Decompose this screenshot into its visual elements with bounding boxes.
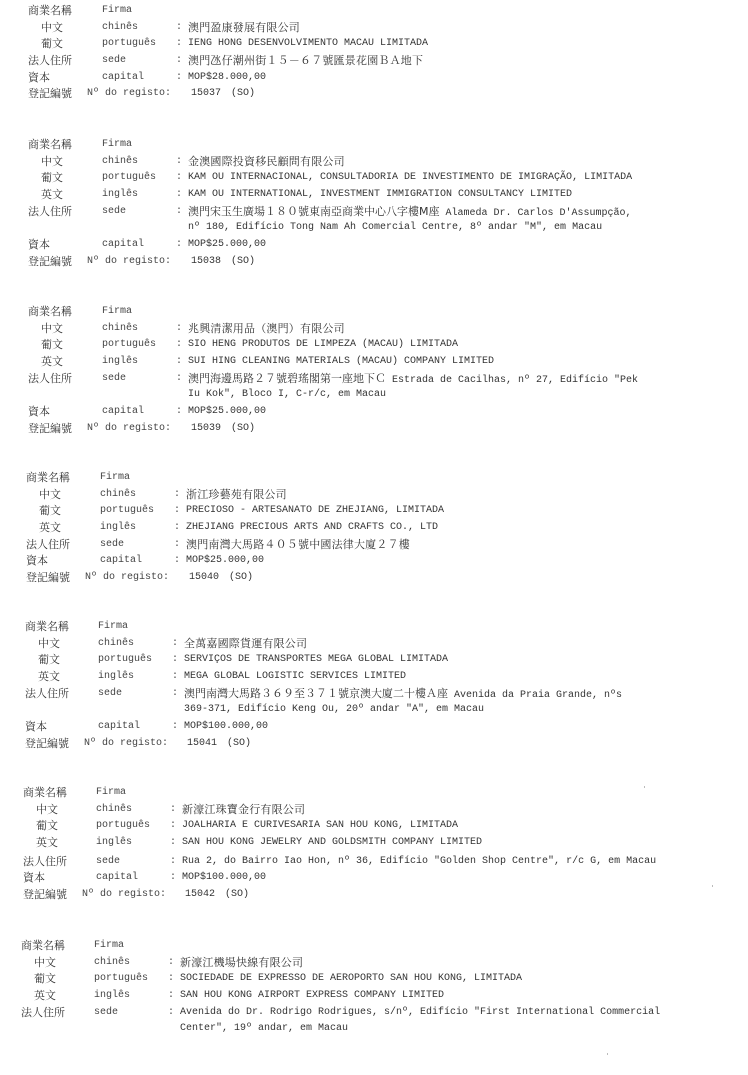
registo-row: 登記編號 Nº do registo: 15040 (SO) xyxy=(0,570,748,587)
firma-label-pt: Firma xyxy=(102,137,132,154)
colon: : xyxy=(172,719,178,736)
ingles-label-pt: inglês xyxy=(96,835,132,852)
sede-continuation-row: Iu Kok", Bloco I, C-r/c, em Macau xyxy=(0,387,748,404)
colon: : xyxy=(172,686,178,703)
colon: : xyxy=(174,553,180,570)
portuguese-name-value: KAM OU INTERNACIONAL, CONSULTADORIA DE I… xyxy=(188,170,632,187)
portugues-row: 葡文 português : IENG HONG DESENVOLVIMENTO… xyxy=(0,36,748,53)
sede-value: 澳門南灣大馬路４０５號中國法律大廈２７樓 xyxy=(186,537,410,554)
registo-suffix: (SO) xyxy=(231,86,255,103)
sede-row: 法人住所 sede : 澳門氹仔潮州街１５－６７號匯景花園ＢＡ地下 xyxy=(0,53,748,70)
ingles-label-zh: 英文 xyxy=(23,835,58,852)
chines-label-pt: chinês xyxy=(100,487,136,504)
colon: : xyxy=(172,669,178,686)
capital-value: MOP$25.000,00 xyxy=(188,237,266,254)
firma-row: 商業名稱 Firma xyxy=(0,938,748,955)
registo-label-pt: Nº do registo: xyxy=(87,421,171,438)
chines-label-zh: 中文 xyxy=(25,636,60,653)
colon: : xyxy=(176,170,182,187)
portuguese-name-value: SIO HENG PRODUTOS DE LIMPEZA (MACAU) LIM… xyxy=(188,337,458,354)
registo-number: 15037 xyxy=(191,86,221,103)
english-name-value: SUI HING CLEANING MATERIALS (MACAU) COMP… xyxy=(188,354,494,371)
registo-label-pt: Nº do registo: xyxy=(85,570,169,587)
portugues-label-pt: português xyxy=(102,36,156,53)
portugues-label-zh: 葡文 xyxy=(28,170,63,187)
colon: : xyxy=(168,988,174,1005)
sede-label-pt: sede xyxy=(98,686,122,703)
registo-suffix: (SO) xyxy=(227,736,251,753)
sede-label-pt: sede xyxy=(100,537,124,554)
sede-label-pt: sede xyxy=(102,53,126,70)
capital-value: MOP$28.000,00 xyxy=(188,70,266,87)
capital-row: 資本 capital : MOP$25.000,00 xyxy=(0,404,748,421)
registo-row: 登記編號 Nº do registo: 15039 (SO) xyxy=(0,421,748,438)
chines-row: 中文 chinês : 浙江珍藝苑有限公司 xyxy=(0,487,748,504)
portugues-label-pt: português xyxy=(102,337,156,354)
colon: : xyxy=(176,20,182,37)
capital-row: 資本 capital : MOP$28.000,00 xyxy=(0,70,748,87)
sede-label-pt: sede xyxy=(102,204,126,221)
sede-value-pt: Avenida da Praia Grande, nºs xyxy=(454,690,622,701)
firma-row: 商業名稱 Firma xyxy=(0,619,748,636)
capital-label-zh: 資本 xyxy=(25,719,47,736)
sede-row: 法人住所 sede : 澳門南灣大馬路３６９至３７１號京澳大廈二十樓Ａ座 Ave… xyxy=(0,686,748,703)
sede-row: 法人住所 sede : 澳門宋玉生廣場１８０號東南亞商業中心八字樓M座 Alam… xyxy=(0,204,748,221)
capital-row: 資本 capital : MOP$100.000,00 xyxy=(0,719,748,736)
colon: : xyxy=(176,321,182,338)
capital-label-zh: 資本 xyxy=(28,237,50,254)
ingles-label-zh: 英文 xyxy=(28,187,63,204)
chines-label-pt: chinês xyxy=(102,154,138,171)
scan-speck xyxy=(644,786,645,788)
capital-label-zh: 資本 xyxy=(26,553,48,570)
colon: : xyxy=(170,870,176,887)
chinese-name-value: 新濠江珠寶金行有限公司 xyxy=(182,802,305,819)
registo-row: 登記編號 Nº do registo: 15042 (SO) xyxy=(0,887,748,904)
portugues-label-zh: 葡文 xyxy=(23,818,58,835)
colon: : xyxy=(176,237,182,254)
ingles-row: 英文 inglês : SAN HOU KONG AIRPORT EXPRESS… xyxy=(0,988,748,1005)
portuguese-name-value: JOALHARIA E CURIVESARIA SAN HOU KONG, LI… xyxy=(182,818,458,835)
capital-value: MOP$25.000,00 xyxy=(188,404,266,421)
colon: : xyxy=(176,53,182,70)
ingles-label-pt: inglês xyxy=(100,520,136,537)
chines-row: 中文 chinês : 金澳國際投資移民顧問有限公司 xyxy=(0,154,748,171)
sede-value-pt: Estrada de Cacilhas, nº 27, Edifício "Pe… xyxy=(392,375,638,386)
registo-label-zh: 登記編號 xyxy=(28,421,72,438)
portugues-label-zh: 葡文 xyxy=(26,503,61,520)
firma-label-zh: 商業名稱 xyxy=(28,304,72,321)
firma-label-pt: Firma xyxy=(102,3,132,20)
sede-continuation-row: 369-371, Edifício Keng Ou, 20º andar "A"… xyxy=(0,702,748,719)
firma-label-zh: 商業名稱 xyxy=(25,619,69,636)
chines-row: 中文 chinês : 全萬嘉國際貨運有限公司 xyxy=(0,636,748,653)
portugues-row: 葡文 português : JOALHARIA E CURIVESARIA S… xyxy=(0,818,748,835)
portugues-label-pt: português xyxy=(100,503,154,520)
chines-label-zh: 中文 xyxy=(28,154,63,171)
firma-row: 商業名稱 Firma xyxy=(0,785,748,802)
chinese-name-value: 新濠江機場快線有限公司 xyxy=(180,955,303,972)
sede-continuation-row: Center", 19º andar, em Macau xyxy=(0,1021,748,1038)
sede-label-zh: 法人住所 xyxy=(28,204,72,221)
registo-label-pt: Nº do registo: xyxy=(82,887,166,904)
company-entry-15040: 商業名稱 Firma 中文 chinês : 浙江珍藝苑有限公司 葡文 port… xyxy=(0,470,748,587)
chines-label-pt: chinês xyxy=(102,321,138,338)
colon: : xyxy=(170,818,176,835)
ingles-label-pt: inglês xyxy=(102,187,138,204)
sede-value-zh: 澳門南灣大馬路３６９至３７１號京澳大廈二十樓Ａ座 xyxy=(184,687,448,700)
firma-label-zh: 商業名稱 xyxy=(23,785,67,802)
portugues-row: 葡文 português : SIO HENG PRODUTOS DE LIMP… xyxy=(0,337,748,354)
sede-value-line2: 369-371, Edifício Keng Ou, 20º andar "A"… xyxy=(184,702,484,719)
english-name-value: SAN HOU KONG JEWELRY AND GOLDSMITH COMPA… xyxy=(182,835,482,852)
sede-label-zh: 法人住所 xyxy=(26,537,70,554)
firma-label-pt: Firma xyxy=(94,938,124,955)
company-entry-15038: 商業名稱 Firma 中文 chinês : 金澳國際投資移民顧問有限公司 葡文… xyxy=(0,137,748,271)
portugues-row: 葡文 português : PRECIOSO - ARTESANATO DE … xyxy=(0,503,748,520)
firma-label-zh: 商業名稱 xyxy=(26,470,70,487)
chines-row: 中文 chinês : 兆興清潔用品（澳門）有限公司 xyxy=(0,321,748,338)
registo-suffix: (SO) xyxy=(225,887,249,904)
company-entry-15037: 商業名稱 Firma 中文 chinês : 澳門盈康發展有限公司 葡文 por… xyxy=(0,3,748,103)
chines-row: 中文 chinês : 澳門盈康發展有限公司 xyxy=(0,20,748,37)
chines-row: 中文 chinês : 新濠江機場快線有限公司 xyxy=(0,955,748,972)
registo-suffix: (SO) xyxy=(231,254,255,271)
colon: : xyxy=(174,537,180,554)
portugues-label-pt: português xyxy=(94,971,148,988)
colon: : xyxy=(176,70,182,87)
chines-label-pt: chinês xyxy=(98,636,134,653)
registo-number: 15041 xyxy=(187,736,217,753)
capital-row: 資本 capital : MOP$25.000,00 xyxy=(0,553,748,570)
english-name-value: SAN HOU KONG AIRPORT EXPRESS COMPANY LIM… xyxy=(180,988,444,1005)
firma-label-zh: 商業名稱 xyxy=(21,938,65,955)
firma-row: 商業名稱 Firma xyxy=(0,304,748,321)
colon: : xyxy=(170,835,176,852)
portugues-row: 葡文 português : SERVIÇOS DE TRANSPORTES M… xyxy=(0,652,748,669)
capital-row: 資本 capital : MOP$25.000,00 xyxy=(0,237,748,254)
capital-label-zh: 資本 xyxy=(28,70,50,87)
english-name-value: MEGA GLOBAL LOGISTIC SERVICES LIMITED xyxy=(184,669,406,686)
colon: : xyxy=(176,204,182,221)
registo-row: 登記編號 Nº do registo: 15041 (SO) xyxy=(0,736,748,753)
chines-label-zh: 中文 xyxy=(28,20,63,37)
capital-label-pt: capital xyxy=(102,70,144,87)
registo-suffix: (SO) xyxy=(231,421,255,438)
registo-number: 15038 xyxy=(191,254,221,271)
capital-label-pt: capital xyxy=(98,719,140,736)
english-name-value: ZHEJIANG PRECIOUS ARTS AND CRAFTS CO., L… xyxy=(186,520,438,537)
ingles-label-zh: 英文 xyxy=(26,520,61,537)
colon: : xyxy=(176,371,182,388)
ingles-label-zh: 英文 xyxy=(25,669,60,686)
scan-speck xyxy=(712,885,713,887)
firma-label-zh: 商業名稱 xyxy=(28,137,72,154)
portuguese-name-value: IENG HONG DESENVOLVIMENTO MACAU LIMITADA xyxy=(188,36,428,53)
ingles-label-zh: 英文 xyxy=(28,354,63,371)
chinese-name-value: 全萬嘉國際貨運有限公司 xyxy=(184,636,307,653)
ingles-row: 英文 inglês : MEGA GLOBAL LOGISTIC SERVICE… xyxy=(0,669,748,686)
registo-label-zh: 登記編號 xyxy=(23,887,67,904)
colon: : xyxy=(176,36,182,53)
sede-label-pt: sede xyxy=(96,854,120,871)
sede-value-line2: nº 180, Edifício Tong Nam Ah Comercial C… xyxy=(188,220,602,237)
sede-value: Avenida do Dr. Rodrigo Rodrigues, s/nº, … xyxy=(180,1005,660,1022)
sede-row: 法人住所 sede : 澳門海邊馬路２７號碧瑤閣第一座地下Ｃ Estrada d… xyxy=(0,371,748,388)
registo-row: 登記編號 Nº do registo: 15037 (SO) xyxy=(0,86,748,103)
ingles-row: 英文 inglês : SAN HOU KONG JEWELRY AND GOL… xyxy=(0,835,748,852)
sede-label-zh: 法人住所 xyxy=(23,854,67,871)
chines-label-pt: chinês xyxy=(102,20,138,37)
sede-continuation-row: nº 180, Edifício Tong Nam Ah Comercial C… xyxy=(0,220,748,237)
registo-label-pt: Nº do registo: xyxy=(87,254,171,271)
colon: : xyxy=(170,854,176,871)
firma-row: 商業名稱 Firma xyxy=(0,470,748,487)
firma-row: 商業名稱 Firma xyxy=(0,3,748,20)
chines-row: 中文 chinês : 新濠江珠寶金行有限公司 xyxy=(0,802,748,819)
chines-label-zh: 中文 xyxy=(23,802,58,819)
ingles-row: 英文 inglês : SUI HING CLEANING MATERIALS … xyxy=(0,354,748,371)
capital-value: MOP$100.000,00 xyxy=(182,870,266,887)
firma-row: 商業名稱 Firma xyxy=(0,137,748,154)
ingles-label-pt: inglês xyxy=(102,354,138,371)
registo-label-zh: 登記編號 xyxy=(28,86,72,103)
colon: : xyxy=(176,404,182,421)
capital-label-zh: 資本 xyxy=(23,870,45,887)
registo-label-pt: Nº do registo: xyxy=(87,86,171,103)
registo-number: 15039 xyxy=(191,421,221,438)
firma-label-pt: Firma xyxy=(102,304,132,321)
scan-speck xyxy=(607,1053,608,1055)
portugues-label-pt: português xyxy=(98,652,152,669)
sede-value-zh: 澳門海邊馬路２７號碧瑤閣第一座地下Ｃ xyxy=(188,372,386,385)
colon: : xyxy=(174,520,180,537)
sede-row: 法人住所 sede : Avenida do Dr. Rodrigo Rodri… xyxy=(0,1005,748,1022)
company-entry-15042: 商業名稱 Firma 中文 chinês : 新濠江珠寶金行有限公司 葡文 po… xyxy=(0,785,748,904)
ingles-label-pt: inglês xyxy=(94,988,130,1005)
sede-value-pt: Alameda Dr. Carlos D'Assumpção, xyxy=(446,208,632,219)
chines-label-pt: chinês xyxy=(96,802,132,819)
colon: : xyxy=(168,971,174,988)
colon: : xyxy=(174,487,180,504)
sede-value-line2: Center", 19º andar, em Macau xyxy=(180,1021,348,1038)
ingles-label-zh: 英文 xyxy=(21,988,56,1005)
sede-value: Rua 2, do Bairro Iao Hon, nº 36, Edifíci… xyxy=(182,854,656,871)
sede-value-line2: Iu Kok", Bloco I, C-r/c, em Macau xyxy=(188,387,386,404)
portuguese-name-value: PRECIOSO - ARTESANATO DE ZHEJIANG, LIMIT… xyxy=(186,503,444,520)
portugues-label-zh: 葡文 xyxy=(25,652,60,669)
company-entry-15041: 商業名稱 Firma 中文 chinês : 全萬嘉國際貨運有限公司 葡文 po… xyxy=(0,619,748,753)
sede-value-zh: 澳門宋玉生廣場１８０號東南亞商業中心八字樓M座 xyxy=(188,205,440,218)
sede-label-pt: sede xyxy=(102,371,126,388)
capital-value: MOP$25.000,00 xyxy=(186,553,264,570)
capital-label-pt: capital xyxy=(102,404,144,421)
capital-value: MOP$100.000,00 xyxy=(184,719,268,736)
sede-label-zh: 法人住所 xyxy=(28,371,72,388)
registo-label-pt: Nº do registo: xyxy=(84,736,168,753)
ingles-row: 英文 inglês : ZHEJIANG PRECIOUS ARTS AND C… xyxy=(0,520,748,537)
capital-label-pt: capital xyxy=(100,553,142,570)
registo-suffix: (SO) xyxy=(229,570,253,587)
chinese-name-value: 金澳國際投資移民顧問有限公司 xyxy=(188,154,345,171)
company-entry-15039: 商業名稱 Firma 中文 chinês : 兆興清潔用品（澳門）有限公司 葡文… xyxy=(0,304,748,438)
colon: : xyxy=(174,503,180,520)
capital-label-pt: capital xyxy=(102,237,144,254)
portugues-label-zh: 葡文 xyxy=(28,337,63,354)
chines-label-pt: chinês xyxy=(94,955,130,972)
ingles-label-pt: inglês xyxy=(98,669,134,686)
chinese-name-value: 浙江珍藝苑有限公司 xyxy=(186,487,287,504)
colon: : xyxy=(170,802,176,819)
sede-label-zh: 法人住所 xyxy=(25,686,69,703)
firma-label-pt: Firma xyxy=(96,785,126,802)
ingles-row: 英文 inglês : KAM OU INTERNATIONAL, INVEST… xyxy=(0,187,748,204)
firma-label-pt: Firma xyxy=(100,470,130,487)
chines-label-zh: 中文 xyxy=(26,487,61,504)
capital-label-pt: capital xyxy=(96,870,138,887)
colon: : xyxy=(172,652,178,669)
chinese-name-value: 兆興清潔用品（澳門）有限公司 xyxy=(188,321,345,338)
firma-label-pt: Firma xyxy=(98,619,128,636)
english-name-value: KAM OU INTERNATIONAL, INVESTMENT IMMIGRA… xyxy=(188,187,572,204)
capital-label-zh: 資本 xyxy=(28,404,50,421)
firma-label-zh: 商業名稱 xyxy=(28,3,72,20)
colon: : xyxy=(176,337,182,354)
portugues-label-pt: português xyxy=(96,818,150,835)
portugues-label-pt: português xyxy=(102,170,156,187)
portugues-row: 葡文 português : SOCIEDADE DE EXPRESSO DE … xyxy=(0,971,748,988)
chines-label-zh: 中文 xyxy=(21,955,56,972)
registo-row: 登記編號 Nº do registo: 15038 (SO) xyxy=(0,254,748,271)
sede-row: 法人住所 sede : Rua 2, do Bairro Iao Hon, nº… xyxy=(0,854,748,871)
registo-label-zh: 登記編號 xyxy=(25,736,69,753)
colon: : xyxy=(176,187,182,204)
colon: : xyxy=(168,1005,174,1022)
registo-number: 15042 xyxy=(185,887,215,904)
registo-number: 15040 xyxy=(189,570,219,587)
registo-label-zh: 登記編號 xyxy=(28,254,72,271)
chinese-name-value: 澳門盈康發展有限公司 xyxy=(188,20,300,37)
colon: : xyxy=(172,636,178,653)
portuguese-name-value: SOCIEDADE DE EXPRESSO DE AEROPORTO SAN H… xyxy=(180,971,522,988)
portugues-row: 葡文 português : KAM OU INTERNACIONAL, CON… xyxy=(0,170,748,187)
sede-value: 澳門氹仔潮州街１５－６７號匯景花園ＢＡ地下 xyxy=(188,53,423,70)
colon: : xyxy=(168,955,174,972)
portugues-label-zh: 葡文 xyxy=(21,971,56,988)
sede-label-zh: 法人住所 xyxy=(28,53,72,70)
registo-label-zh: 登記編號 xyxy=(26,570,70,587)
sede-label-zh: 法人住所 xyxy=(21,1005,65,1022)
chines-label-zh: 中文 xyxy=(28,321,63,338)
sede-label-pt: sede xyxy=(94,1005,118,1022)
colon: : xyxy=(176,354,182,371)
portuguese-name-value: SERVIÇOS DE TRANSPORTES MEGA GLOBAL LIMI… xyxy=(184,652,448,669)
capital-row: 資本 capital : MOP$100.000,00 xyxy=(0,870,748,887)
sede-row: 法人住所 sede : 澳門南灣大馬路４０５號中國法律大廈２７樓 xyxy=(0,537,748,554)
colon: : xyxy=(176,154,182,171)
portugues-label-zh: 葡文 xyxy=(28,36,63,53)
company-entry-7: 商業名稱 Firma 中文 chinês : 新濠江機場快線有限公司 葡文 po… xyxy=(0,938,748,1038)
